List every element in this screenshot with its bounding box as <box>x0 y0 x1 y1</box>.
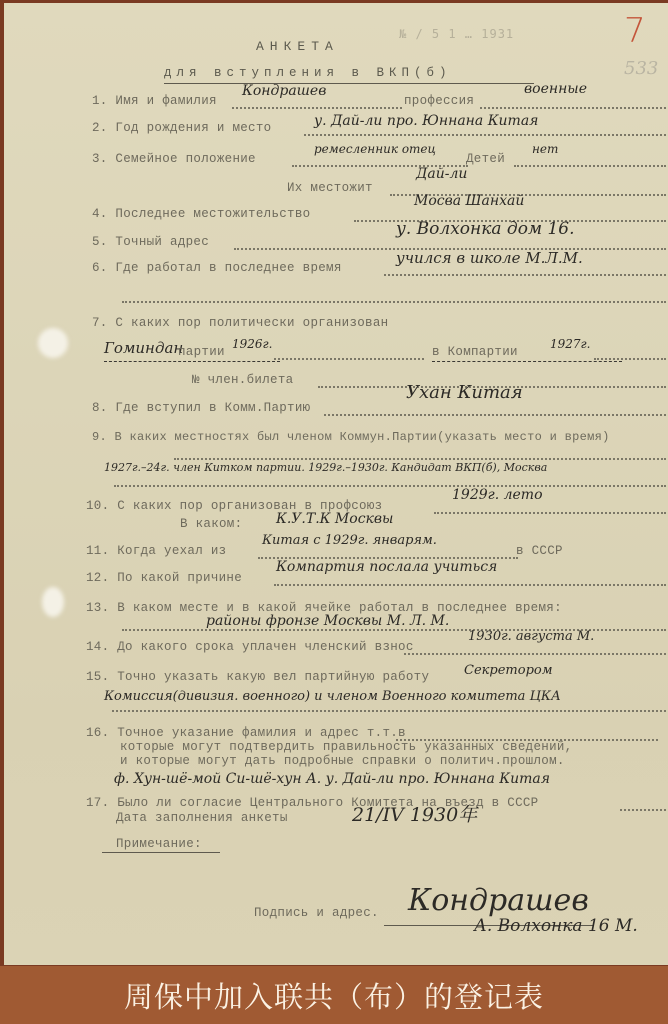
field-16-label: 16. Точное указание фамилия и адрес т.т.… <box>86 726 406 740</box>
field-1-value2: военные <box>524 81 587 97</box>
field-1-label2: профессия <box>404 94 474 108</box>
field-3-label2: Детей <box>466 152 505 166</box>
field-9-value: 1927г.–24г. член Китком партии. 1929г.–1… <box>104 461 547 474</box>
document-subtitle: для вступления в ВКП(б) <box>164 66 452 80</box>
field-10-value: 1929г. лето <box>452 487 543 503</box>
registration-stamp: № / 5 1 … 1931 <box>399 27 514 41</box>
caption-text: 周保中加入联共（布）的登记表 <box>124 975 544 1016</box>
field-4-label: 4. Последнее местожительство <box>92 207 310 221</box>
caption-banner: 周保中加入联共（布）的登记表 <box>0 966 668 1024</box>
subtitle-underline <box>164 83 534 84</box>
field-10b-label: В каком: <box>180 517 242 531</box>
pencil-mark: 533 <box>624 58 658 79</box>
field-16-label-line3: и которые могут дать подробные справки о… <box>120 754 565 768</box>
note-label: Примечание: <box>116 837 202 851</box>
field-12-label: 12. По какой причине <box>86 571 242 585</box>
paper-stain <box>38 328 68 358</box>
signature: Кондрашев <box>408 883 589 918</box>
field-7-party-value: 1926г. <box>232 337 272 351</box>
field-11-label: 11. Когда уехал из <box>86 544 226 558</box>
field-5-value: у. Волхонка дом 16. <box>396 219 574 239</box>
field-1-label: 1. Имя и фамилия <box>92 94 217 108</box>
field-7-compartia-label: в Компартии <box>432 345 518 359</box>
field-7-card-label: № член.билета <box>192 373 293 387</box>
field-7-label: 7. С каких пор политически организован <box>92 316 388 330</box>
field-6-label: 6. Где работал в последнее время <box>92 261 342 275</box>
field-6-value: учился в школе М.Л.М. <box>396 249 583 267</box>
date-value: 21/IV 1930年 <box>352 800 477 827</box>
field-1-value: Кондрашев <box>242 83 326 99</box>
field-3b-value: Дай-ли <box>416 166 467 182</box>
field-8-value: Ухан Китая <box>406 382 523 403</box>
field-3b-label: Их местожит <box>287 181 373 195</box>
date-label: Дата заполнения анкеты <box>116 811 288 825</box>
field-2-label: 2. Год рождения и место <box>92 121 271 135</box>
field-15-value: Секретором Комиссия(дивизия. военного) и… <box>104 658 664 710</box>
field-12-value: Компартия послала учиться <box>276 559 497 575</box>
field-3-label: 3. Семейное положение <box>92 152 256 166</box>
page-number: 7 <box>624 11 646 51</box>
field-14-value: 1930г. августа М. <box>468 629 594 644</box>
signature-label: Подпись и адрес. <box>254 906 379 920</box>
field-7-party-label: партии <box>178 345 225 359</box>
field-11-label2: в СССР <box>516 544 563 558</box>
field-10b-value: К.У.Т.К Москвы <box>276 511 393 527</box>
field-7-party-prefix: Гоминдан <box>104 339 183 357</box>
questionnaire-document: АНКЕТА № / 5 1 … 1931 7 533 для вступлен… <box>4 3 668 965</box>
field-4-value: Мосва Шанхай <box>414 193 524 209</box>
field-9-label: 9. В каких местностях был членом Коммун.… <box>92 430 667 444</box>
field-3-value: ремесленник отец <box>314 142 436 156</box>
field-2-value: у. Дай-ли про. Юннана Китая <box>314 113 538 129</box>
field-7-compartia-value: 1927г. <box>550 337 590 351</box>
field-3-value2: нет <box>532 142 558 156</box>
field-16-label-line2: которые могут подтвердить правильность у… <box>120 740 572 754</box>
field-13-value: районы фронзе Москвы М. Л. М. <box>206 613 449 629</box>
field-5-label: 5. Точный адрес <box>92 235 209 249</box>
field-11-value: Китая с 1929г. январям. <box>262 533 437 548</box>
field-8-label: 8. Где вступил в Комм.Партию <box>92 401 310 415</box>
field-16-value: ф. Хун-шё-мой Си-шё-хун А. у. Дай-ли про… <box>114 771 550 787</box>
field-14-label: 14. До какого срока уплачен членский взн… <box>86 640 414 654</box>
note-underline <box>102 852 220 853</box>
paper-stain <box>42 587 64 617</box>
document-title: АНКЕТА <box>256 39 339 54</box>
signature-address: А. Волхонка 16 М. <box>474 916 638 936</box>
